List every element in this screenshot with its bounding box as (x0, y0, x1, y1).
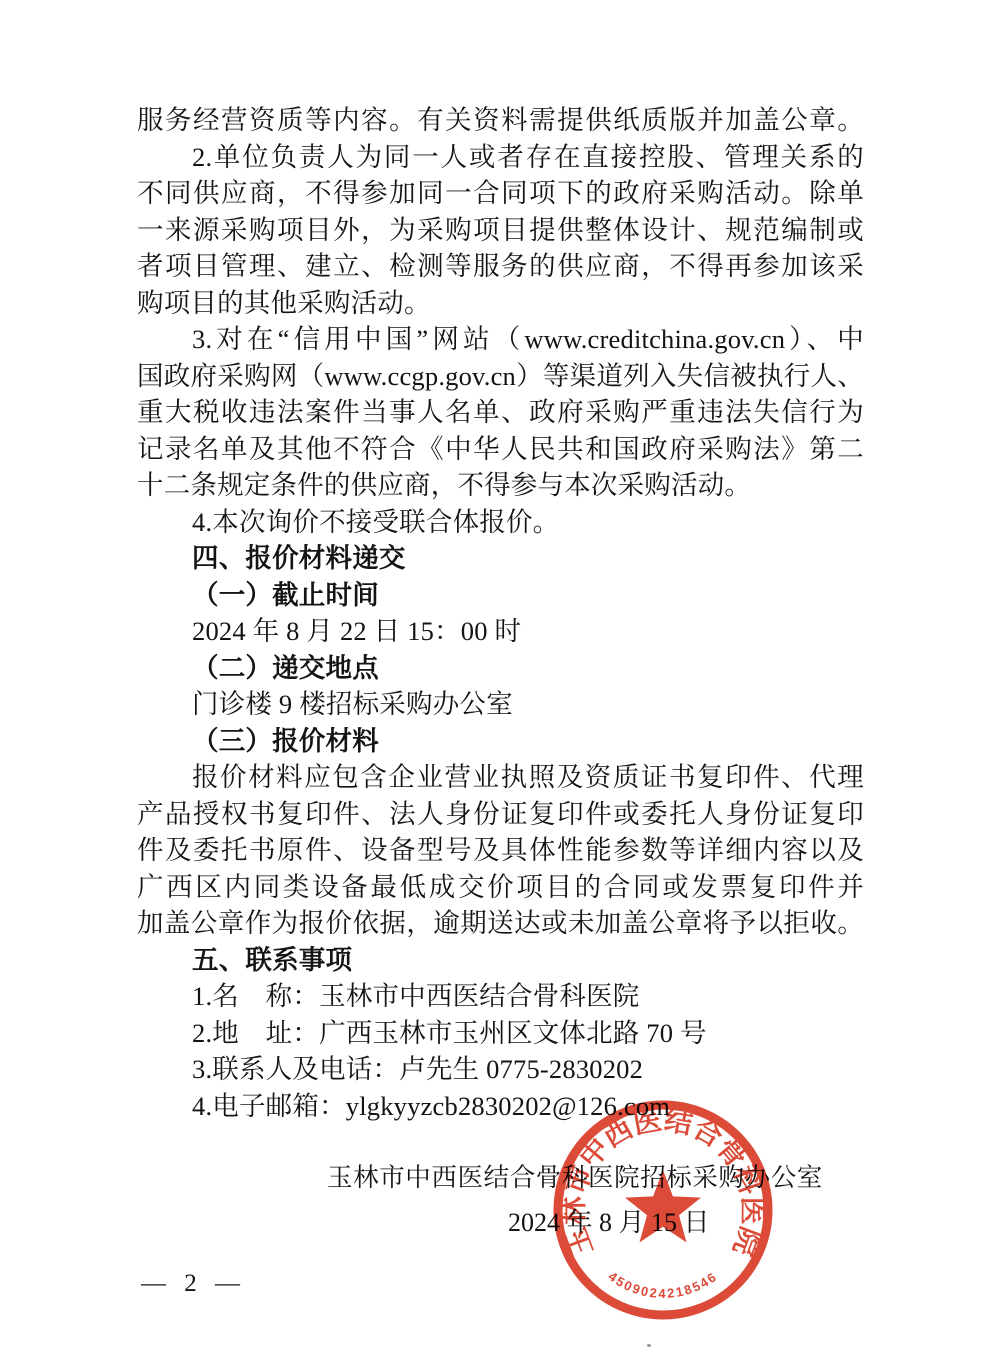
document-page: 服务经营资质等内容。有关资料需提供纸质版并加盖公章。2.单位负责人为同一人或者存… (0, 0, 1000, 1365)
text-line: 者项目管理、建立、检测等服务的供应商，不得再参加该采 (137, 248, 864, 285)
document-lines: 服务经营资质等内容。有关资料需提供纸质版并加盖公章。2.单位负责人为同一人或者存… (137, 102, 864, 1124)
text-line: 加盖公章作为报价依据，逾期送达或未加盖公章将予以拒收。 (137, 905, 864, 942)
text-line: 国政府采购网（www.ccgp.gov.cn）等渠道列入失信被执行人、 (137, 358, 864, 395)
text-line: 记录名单及其他不符合《中华人民共和国政府采购法》第二 (137, 431, 864, 468)
text-line: 广西区内同类设备最低成交价项目的合同或发票复印件并 (137, 869, 864, 906)
text-line: 门诊楼 9 楼招标采购办公室 (137, 686, 864, 723)
text-line: 3.对在“信用中国”网站（www.creditchina.gov.cn）、中 (137, 321, 864, 358)
seal-graphic: 玉林市中西医结合骨科医院 4509024218546 (548, 1095, 778, 1325)
text-line: 报价材料应包含企业营业执照及资质证书复印件、代理 (137, 759, 864, 796)
text-line: 4.本次询价不接受联合体报价。 (137, 504, 864, 541)
text-line: 件及委托书原件、设备型号及具体性能参数等详细内容以及 (137, 832, 864, 869)
text-line: 重大税收违法案件当事人名单、政府采购严重违法失信行为 (137, 394, 864, 431)
text-line: 十二条规定条件的供应商，不得参与本次采购活动。 (137, 467, 864, 504)
text-line: 2.地 址：广西玉林市玉州区文体北路 70 号 (137, 1015, 864, 1052)
official-seal-stamp: 玉林市中西医结合骨科医院 4509024218546 (548, 1095, 778, 1325)
heading-line: （二）递交地点 (137, 650, 864, 687)
page-number: — 2 — (141, 1270, 246, 1298)
text-line: 一来源采购项目外，为采购项目提供整体设计、规范编制或 (137, 212, 864, 249)
text-line: 3.联系人及电话：卢先生 0775-2830202 (137, 1051, 864, 1088)
text-line: 2.单位负责人为同一人或者存在直接控股、管理关系的 (137, 139, 864, 176)
text-line: 不同供应商，不得参加同一合同项下的政府采购活动。除单 (137, 175, 864, 212)
text-line: 产品授权书复印件、法人身份证复印件或委托人身份证复印 (137, 796, 864, 833)
heading-line: （三）报价材料 (137, 723, 864, 760)
scan-speck (647, 1344, 651, 1347)
text-line: 服务经营资质等内容。有关资料需提供纸质版并加盖公章。 (137, 102, 864, 139)
heading-line: （一）截止时间 (137, 577, 864, 614)
text-line: 2024 年 8 月 22 日 15：00 时 (137, 613, 864, 650)
text-line: 购项目的其他采购活动。 (137, 285, 864, 322)
text-line: 1.名 称：玉林市中西医结合骨科医院 (137, 978, 864, 1015)
heading-line: 四、报价材料递交 (137, 540, 864, 577)
seal-serial-number: 4509024218546 (606, 1269, 721, 1301)
heading-line: 五、联系事项 (137, 942, 864, 979)
seal-star-icon (625, 1170, 701, 1242)
